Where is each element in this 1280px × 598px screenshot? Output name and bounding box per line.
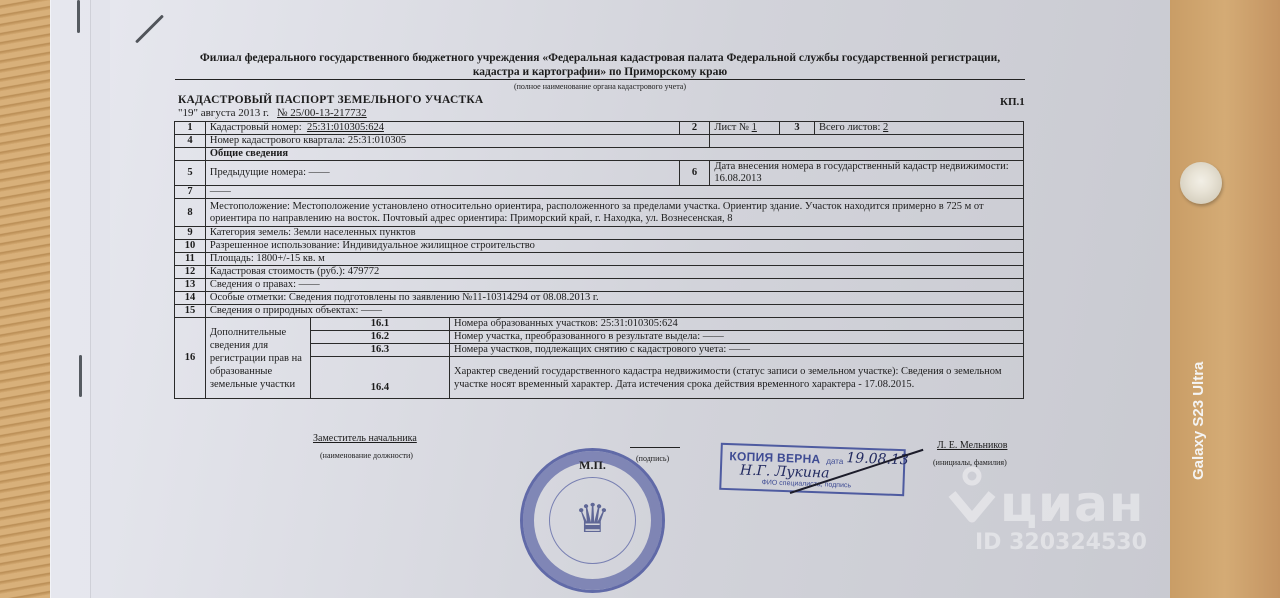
row-number-empty	[175, 148, 206, 161]
row-number: 12	[175, 266, 206, 279]
stamp-date-value: 19.08.13	[846, 450, 909, 468]
row7-cell: ——	[205, 186, 1023, 199]
previous-numbers-cell: Предыдущие номера: ——	[205, 161, 679, 186]
org-name-line2: кадастра и картографии» по Приморскому к…	[175, 66, 1025, 78]
location-cell: Местоположение: Местоположение установле…	[205, 199, 1023, 227]
table-row: 7 ——	[175, 186, 1024, 199]
document-number: № 25/00-13-217732	[277, 107, 367, 119]
row-number: 3	[780, 122, 815, 135]
total-sheets-cell: Всего листов: 2	[814, 122, 1023, 135]
org-name-line1: Филиал федерального государственного бюд…	[175, 52, 1025, 64]
table-row: 8 Местоположение: Местоположение установ…	[175, 199, 1024, 227]
map-pin-logo-icon	[948, 466, 996, 526]
table-row: 4 Номер кадастрового квартала: 25:31:010…	[175, 135, 1024, 148]
row-number: 15	[175, 305, 206, 318]
row-number: 7	[175, 186, 206, 199]
table-row: 13 Сведения о правах: ——	[175, 279, 1024, 292]
org-caption: (полное наименование органа кадастрового…	[175, 82, 1025, 91]
subrow-number: 16.4	[310, 357, 449, 399]
position-caption: (наименование должности)	[320, 451, 413, 460]
transformed-plot-cell: Номер участка, преобразованного в резуль…	[450, 331, 1024, 344]
official-seal: М.П. ♛	[520, 448, 665, 593]
table-row: 9 Категория земель: Земли населенных пун…	[175, 227, 1024, 240]
empty-cell	[710, 135, 1024, 148]
table-row: 11 Площадь: 1800+/-15 кв. м	[175, 253, 1024, 266]
document-date: "19" августа 2013 г.№ 25/00-13-217732	[178, 107, 367, 119]
header-rule	[175, 79, 1025, 80]
record-status-cell: Характер сведений государственного кадас…	[450, 357, 1024, 399]
row-number: 5	[175, 161, 206, 186]
cadastral-number: 25:31:010305:624	[307, 122, 384, 133]
subrow-number: 16.3	[310, 344, 449, 357]
cadastral-number-cell: Кадастровый номер: 25:31:010305:624	[205, 122, 679, 135]
table-row: Общие сведения	[175, 148, 1024, 161]
area-cell: Площадь: 1800+/-15 кв. м	[205, 253, 1023, 266]
row-number: 6	[679, 161, 710, 186]
deregistered-plots-cell: Номера участков, подлежащих снятию с кад…	[450, 344, 1024, 357]
row-number: 14	[175, 292, 206, 305]
table-row: 12 Кадастровая стоимость (руб.): 479772	[175, 266, 1024, 279]
passport-table: 1 Кадастровый номер: 25:31:010305:624 2 …	[174, 121, 1024, 399]
land-category-cell: Категория земель: Земли населенных пункт…	[205, 227, 1023, 240]
special-notes-cell: Особые отметки: Сведения подготовлены по…	[205, 292, 1023, 305]
row-number: 9	[175, 227, 206, 240]
date-value: "19" августа 2013 г.	[178, 107, 269, 119]
subrow-number: 16.1	[310, 318, 449, 331]
table-row: 16 Дополнительные сведения для регистрац…	[175, 318, 1024, 331]
table-row: 1 Кадастровый номер: 25:31:010305:624 2 …	[175, 122, 1024, 135]
signature-line	[630, 447, 680, 448]
additional-info-label: Дополнительные сведения для регистрации …	[205, 318, 310, 399]
table-row: 15 Сведения о природных объектах: ——	[175, 305, 1024, 318]
signer-name: Л. Е. Мельников	[937, 440, 1007, 451]
row-number: 10	[175, 240, 206, 253]
row-number: 16	[175, 318, 206, 399]
registration-date-cell: Дата внесения номера в государственный к…	[710, 161, 1024, 186]
natural-objects-cell: Сведения о природных объектах: ——	[205, 305, 1023, 318]
seal-inner-ring: ♛	[549, 477, 636, 564]
document-title: КАДАСТРОВЫЙ ПАСПОРТ ЗЕМЕЛЬНОГО УЧАСТКА	[178, 94, 483, 106]
device-label: Galaxy S23 Ultra	[1190, 362, 1207, 480]
permitted-use-cell: Разрешенное использование: Индивидуально…	[205, 240, 1023, 253]
sheet-number-cell: Лист № 1	[710, 122, 780, 135]
row-number: 8	[175, 199, 206, 227]
row-number: 4	[175, 135, 206, 148]
coat-of-arms-icon: ♛	[550, 496, 635, 542]
table-row: 14 Особые отметки: Сведения подготовлены…	[175, 292, 1024, 305]
quarter-number-cell: Номер кадастрового квартала: 25:31:01030…	[205, 135, 710, 148]
form-code: КП.1	[1000, 96, 1025, 108]
row-number: 2	[679, 122, 710, 135]
row-number: 1	[175, 122, 206, 135]
rights-cell: Сведения о правах: ——	[205, 279, 1023, 292]
copy-certified-stamp: КОПИЯ ВЕРНА дата 19.08.13 Н.Г. Лукина ФИ…	[719, 443, 906, 496]
formed-plots-cell: Номера образованных участков: 25:31:0103…	[450, 318, 1024, 331]
stamp-handwriting: Н.Г. Лукина	[740, 462, 830, 481]
cadastral-passport: Филиал федерального государственного бюд…	[0, 0, 1280, 598]
section-general: Общие сведения	[205, 148, 1023, 161]
row-number: 13	[175, 279, 206, 292]
cadastral-value-cell: Кадастровая стоимость (руб.): 479772	[205, 266, 1023, 279]
row-number: 11	[175, 253, 206, 266]
watermark-brand: циан	[1000, 475, 1144, 533]
signer-position: Заместитель начальника	[313, 433, 417, 444]
subrow-number: 16.2	[310, 331, 449, 344]
seal-mark: М.П.	[523, 458, 662, 473]
table-row: 5 Предыдущие номера: —— 6 Дата внесения …	[175, 161, 1024, 186]
watermark-id: ID 320324530	[975, 530, 1147, 555]
table-row: 10 Разрешенное использование: Индивидуал…	[175, 240, 1024, 253]
